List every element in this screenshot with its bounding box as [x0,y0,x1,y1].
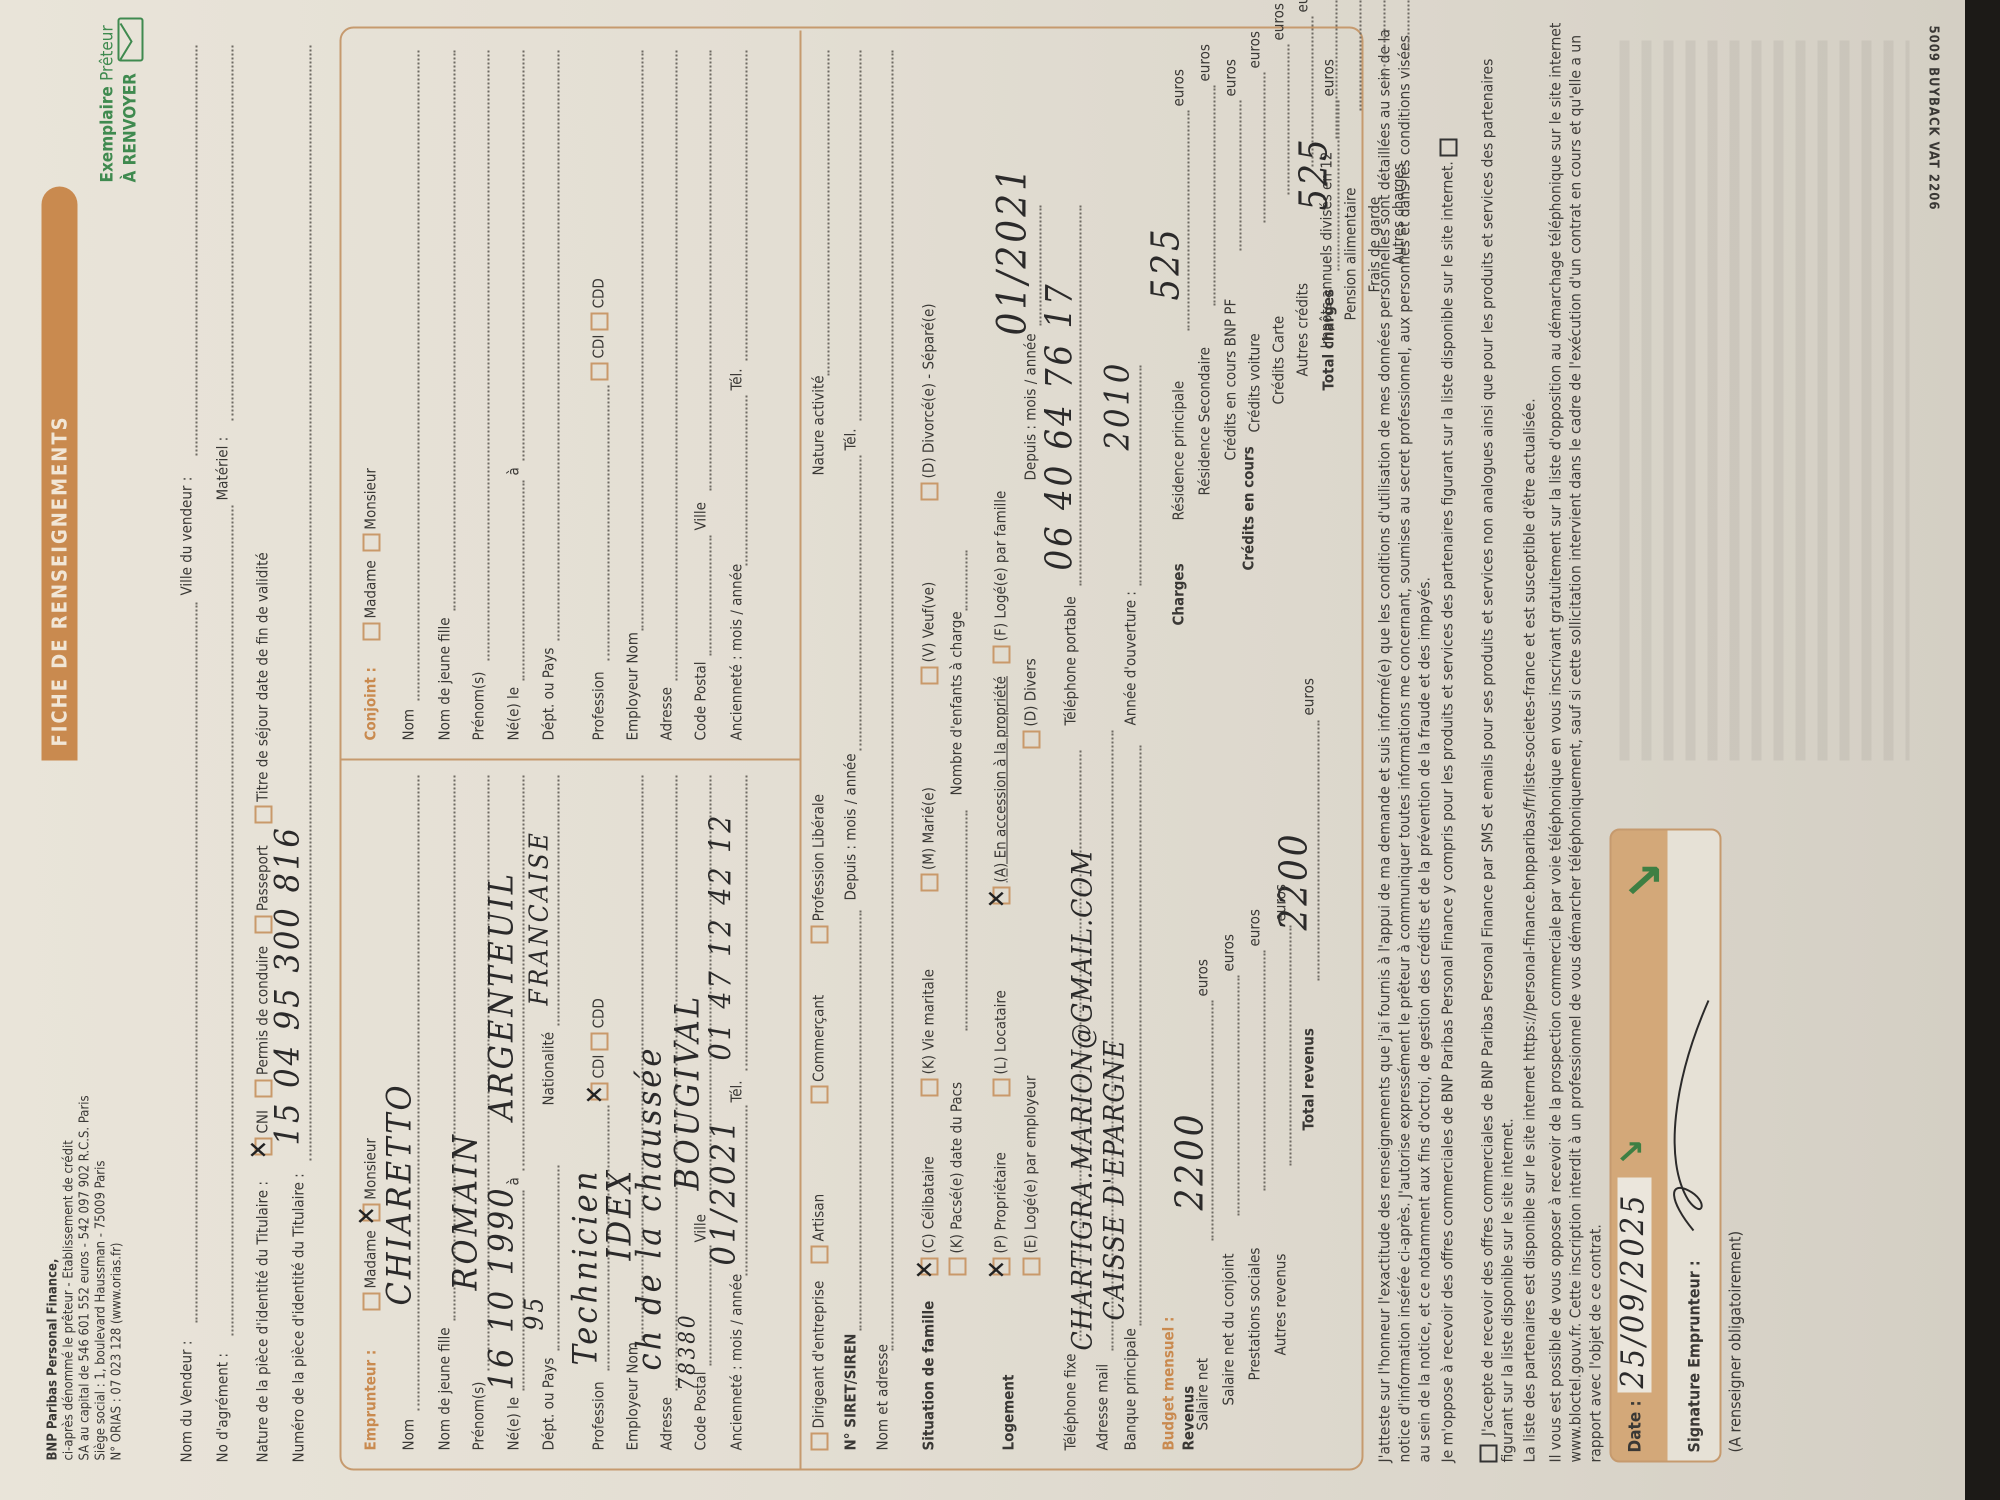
charges-label: Charges [1170,563,1188,625]
civility-label: Madame [362,1230,380,1288]
emprunteur-nom-value: CHIARETTO [380,1082,420,1305]
total-revenus-currency: euros [1300,678,1318,715]
oppose-checkbox[interactable] [1439,139,1457,157]
contract-label: CDD [590,278,608,308]
banque-label: Banque principale [1122,1328,1140,1450]
arrow-icon: ↘ [1612,1138,1653,1165]
civility-label: Monsieur [362,468,380,530]
conjoint-contract: CDI CDD [590,278,609,380]
emprunteur-adresse-value: ch de la chaussée [630,1046,670,1371]
conjoint-cp-field[interactable] [710,536,712,656]
marie-checkbox[interactable] [920,874,938,892]
celibataire-checkbox[interactable] [920,1258,938,1276]
emprunteur-dept-label: Dépt. ou Pays [540,1358,558,1451]
commercant-checkbox[interactable] [810,1086,828,1104]
budget-row-label: Autres charges [1390,163,1408,264]
cdd-checkbox[interactable] [590,1032,608,1050]
artisan-checkbox[interactable] [810,1246,828,1264]
credits-label: Crédits en cours [1240,446,1258,570]
signature-scribble [1664,991,1714,1241]
emprunteur-nom-label: Nom [400,1419,418,1451]
veuf-checkbox[interactable] [920,666,938,684]
siret-label: N° SIRET/SIREN [842,1334,860,1451]
budget-row-currency: euros [1220,934,1238,971]
email-label: Adresse mail [1094,1364,1112,1451]
logement-label: Logement [1000,1375,1018,1451]
conjoint-cdi-checkbox[interactable] [590,363,608,381]
divers-checkbox[interactable] [1022,731,1040,749]
conjoint-dept-field[interactable] [558,51,560,641]
emprunteur-tel-label: Tél. [728,1080,746,1102]
budget-row-label: Frais de garde [1366,197,1384,293]
activite-label: Dirigeant d'entreprise [810,1281,828,1429]
tel-fixe-label: Téléphone fixe [1062,1354,1080,1451]
section-divider [800,31,802,1471]
id-number-value: 15 04 95 300 816 [268,825,308,1145]
emprunteur-profession-label: Profession [590,1381,608,1450]
divorce-checkbox[interactable] [920,482,938,500]
conjoint-civility: Madame Monsieur [362,468,381,640]
conjoint-employeur-field[interactable] [642,51,644,631]
madame-checkbox[interactable] [362,1293,380,1311]
emprunteur-tel-field[interactable] [746,776,748,1071]
company-line: SA au capital de 546 601 552 euros - 542… [78,901,94,1461]
legal-oppose-text: Je m'oppose à recevoir des offres commer… [1438,23,1458,1463]
emprunteur-dept-value: 95 [520,1295,550,1331]
civility-label: Madame [362,560,380,618]
logement-depuis-label: Depuis : mois / année [1022,333,1040,480]
banque-field[interactable] [1140,746,1142,1326]
divers-row: (D) Divers [1022,658,1041,748]
emprunteur-tel-value: 01 47 12 42 12 [704,813,739,1061]
dirigeant-checkbox[interactable] [810,1433,828,1451]
budget-row-field[interactable] [1264,951,1266,1191]
logement-option-label: (D) Divers [1022,658,1040,726]
conjoint-cdd-checkbox[interactable] [590,312,608,330]
signature-field[interactable] [1664,991,1714,1241]
conjoint-anciennete-label: Ancienneté : mois / année [728,564,746,741]
activite-label: Commerçant [810,995,828,1082]
nature-activite-label: Nature activité [810,375,828,475]
legal-partners: La liste des partenaires est disponible … [1520,23,1540,1463]
nom-adresse-label: Nom et adresse [874,1344,892,1450]
id-nature-label: Nature de la pièce d'identité du Titulai… [254,1181,272,1462]
conjoint-prenoms-field[interactable] [488,51,490,661]
budget-row-currency: euros [1194,959,1212,996]
materiel-field[interactable] [232,46,234,421]
famille-option-label: (V) Veuf(ve) [920,582,938,663]
budget-row-label: Résidence principale [1170,381,1188,521]
accession-checkbox[interactable] [992,886,1010,904]
famille-label: Situation de famille [920,1301,938,1451]
budget-row-label: Prestations sociales [1246,1248,1264,1381]
footer-code: 5009 BUYBACK VAT 2206 [1925,26,1941,211]
logement-option-label: (A) En accession à la propriété [992,676,1010,882]
activite-tel-field[interactable] [860,51,862,421]
id-number-field[interactable] [310,46,312,1161]
emprunteur-ne-le-value: 16 10 1990 [482,1185,522,1390]
siret-field[interactable] [860,911,862,1331]
activite-depuis-label: Depuis : mois / année [842,753,860,900]
budget-row-currency: euros [1294,0,1312,13]
budget-row-label: Crédits Carte [1270,316,1288,405]
pacs-row: (K) Pacsé(e) date du Pacs [948,1082,967,1276]
conjoint-ville-field[interactable] [710,51,712,491]
conjoint-cp-label: Code Postal [692,661,710,740]
conjoint-employeur-label: Employeur Nom [624,632,642,740]
id-option-titre-sejour-checkbox[interactable] [254,806,272,824]
signature-label: Signature Emprunteur : [1685,1260,1704,1452]
budget-row-label: Crédits voiture [1246,333,1264,432]
materiel-label: Matériel : [214,437,232,501]
photographed-paper-form: BNP Paribas Personal Finance, ci-après d… [0,0,1965,1500]
emprunteur-nationalite-label: Nationalité [540,1032,558,1106]
budget-row-label: Salaire net [1194,1358,1212,1431]
budget-row-currency: euros [1272,884,1290,921]
loge-famille-checkbox[interactable] [992,645,1010,663]
budget-row-label: Salaire net du conjoint [1220,1253,1238,1405]
total-charges-label: Total charges [1320,289,1338,391]
tel-portable-label: Téléphone portable [1062,596,1080,725]
legal-bloctel: Il vous est possible de vous opposer à r… [1546,23,1606,1463]
company-line: ci-après dénommé le prêteur - Etablissem… [62,901,78,1461]
emprunteur-anciennete-value: 01/2021 [704,1117,744,1265]
pacse-checkbox[interactable] [948,1258,966,1276]
emprunteur-a-label: à [505,1177,523,1185]
emprunteur-label: Emprunteur : [362,1350,380,1451]
fiche-de-renseignements: BNP Paribas Personal Finance, ci-après d… [0,1,1965,1500]
budget-row-field[interactable] [1360,0,1362,111]
email-value: CHARTIGRA.MARION@GMAIL.COM [1066,849,1099,1350]
conjoint-label: Conjoint : [362,667,380,740]
conjoint-nom-jf-label: Nom de jeune fille [436,617,454,740]
id-option-label: Titre de séjour date de fin de validité [254,552,272,802]
date-value: 25/09/2025 [1614,1193,1652,1389]
conjoint-a-field[interactable] [523,51,525,461]
budget-row-field[interactable] [1290,926,1292,1166]
emprunteur-ne-le-field[interactable] [523,1191,525,1391]
budget-row-field[interactable] [1264,73,1266,223]
logement-option-label: (P) Propriétaire [992,1152,1010,1253]
company-header: BNP Paribas Personal Finance, ci-après d… [46,901,126,1461]
activite-label: Profession Libérale [810,794,828,921]
profession-liberale-checkbox[interactable] [810,925,828,943]
company-name: BNP Paribas Personal Finance, [46,901,62,1461]
budget-row-field[interactable] [1214,86,1216,306]
agrement-label: No d'agrément : [214,1353,232,1462]
budget-row-label: Autres revenus [1272,1254,1290,1356]
contract-label: CDD [590,998,608,1028]
conjoint-ne-le-field[interactable] [523,481,525,681]
conjoint-nom-jf-field[interactable] [454,51,456,611]
budget-row-label: Résidence Secondaire [1196,347,1214,495]
emprunteur-nationalite-value: FRANCAISE [525,830,555,1005]
envelope-icon [118,18,144,62]
enfants-label: Nombre d'enfants à charge [948,611,966,795]
conjoint-adresse-label: Adresse [658,687,676,740]
ouverture-field[interactable] [1140,366,1142,586]
emprunteur-a-value: ARGENTEUIL [482,871,522,1121]
famille-option-label: (K) Vie maritale [920,969,938,1074]
budget-row-field[interactable] [1408,0,1410,55]
budget-row-field[interactable] [1240,101,1242,251]
emprunteur-ne-le-label: Né(e) le [505,1397,523,1451]
conjoint-adresse-field[interactable] [676,51,678,681]
banque-value: CAISSE D'EPARGNE [1098,1039,1131,1320]
activite-label: Artisan [810,1194,828,1242]
budget-row-currency: euros [1170,69,1188,106]
budget-row-currency: euros [1270,3,1288,40]
proprietaire-checkbox[interactable] [992,1258,1010,1276]
copy-label: Exemplaire Prêteur À RENVOYER [98,18,144,183]
vendor-name-label: Nom du Vendeur : [178,1341,196,1463]
conjoint-dept-label: Dépt. ou Pays [540,648,558,741]
activite-tel-label: Tél. [842,428,860,450]
ouverture-value: 2010 [1098,361,1138,451]
emprunteur-civility: Madame Monsieur [362,1138,381,1310]
agrement-field[interactable] [232,506,234,1336]
emprunteur-prenoms-value: ROMAIN [446,1132,486,1290]
nom-adresse-field[interactable] [892,51,894,1351]
date-label: Date : [1626,1400,1646,1452]
big-arrow-icon: ↘ [1616,861,1676,900]
famille-option-label: (M) Marié(e) [920,787,938,870]
budget-row-field[interactable] [1288,45,1290,195]
bleed-through-text [1620,41,1910,761]
conjoint-ne-le-label: Né(e) le [505,687,523,741]
emprunteur-ville-value: BOUGIVAL [668,994,708,1191]
legal-accept: J'accepte de recevoir des offres commerc… [1479,59,1517,1463]
pacs-date-field[interactable] [966,811,968,1031]
conjoint-tel-label: Tél. [728,368,746,390]
budget-row-currency: euros [1246,909,1264,946]
civility-label: Monsieur [362,1138,380,1200]
budget-row-currency: euros [1246,31,1264,68]
budget-row-field[interactable] [1188,111,1190,331]
conjoint-nom-label: Nom [400,709,418,741]
conjoint-profession-label: Profession [590,671,608,740]
legal-oppose: Je m'oppose à recevoir des offres commer… [1439,161,1457,1462]
emprunteur-cp-value: 78380 [676,1313,701,1391]
budget-row-currency: euros [1222,59,1240,96]
budget-row-label: Pension alimentaire [1342,188,1360,321]
logement-options-row2: (E) Logé(e) par employeur [1022,1076,1041,1276]
logement-depuis-value: 01/2021 [990,165,1036,335]
vendor-city-label: Ville du vendeur : [178,477,196,596]
contract-label: CDI [590,335,608,359]
budget-label: Budget mensuel : [1160,1317,1178,1451]
total-charges-value: 525 [1292,136,1336,210]
conjoint-anciennete-field[interactable] [746,396,748,566]
copy-label-1: Exemplaire [98,86,118,182]
vie-maritale-checkbox[interactable] [920,1078,938,1096]
emprunteur-anciennete-label: Ancienneté : mois / année [728,1274,746,1451]
budget-row-value: 2200 [1168,1112,1212,1211]
logement-option-label: (F) Logé(e) par famille [992,491,1010,641]
vendor-name-field[interactable] [196,603,198,1323]
emprunteur-contract: CDI CDD [590,998,609,1100]
emprunteur-adresse-label: Adresse [658,1397,676,1450]
budget-row-field[interactable] [1212,1001,1214,1241]
ouverture-label: Année d'ouverture : [1122,591,1140,725]
conjoint-profession-field[interactable] [608,386,610,661]
activite-depuis-field[interactable] [860,456,862,751]
tel-portable-value: 06 40 64 76 17 [1040,281,1081,570]
emprunteur-nom-jf-label: Nom de jeune fille [436,1327,454,1450]
total-revenus-label: Total revenus [1300,1028,1318,1130]
column-divider [340,759,800,761]
monsieur-checkbox[interactable] [362,1204,380,1222]
famille-option-label: (D) Divorcé(e) - Séparé(e) [920,303,938,478]
conjoint-tel-field[interactable] [746,51,748,361]
logement-option-label: (E) Logé(e) par employeur [1022,1076,1040,1254]
loge-employeur-checkbox[interactable] [1022,1258,1040,1276]
budget-row-field[interactable] [1238,976,1240,1216]
budget-row-field[interactable] [1384,0,1386,83]
legal-accept-text: J'accepte de recevoir des offres commerc… [1478,23,1518,1463]
company-line: Siège social : 1, boulevard Haussman - 7… [94,901,110,1461]
nature-activite-field[interactable] [828,51,830,376]
vendor-city-field[interactable] [196,46,198,456]
signature-note: (A renseigner obligatoirement) [1726,1231,1745,1453]
activite-options: Dirigeant d'entreprise Artisan Commerçan… [810,794,829,1450]
famille-option-label: (C) Célibataire [920,1156,938,1253]
budget-row-currency: euros [1196,44,1214,81]
pacs-label: (K) Pacsé(e) date du Pacs [948,1082,966,1254]
total-revenus-field[interactable] [1318,721,1320,981]
famille-options: (C) Célibataire (K) Vie maritale (M) Mar… [920,303,939,1275]
enfants-field[interactable] [966,551,968,611]
conjoint-monsieur-checkbox[interactable] [362,534,380,552]
conjoint-ville-label: Ville [692,502,710,530]
locataire-checkbox[interactable] [992,1079,1010,1097]
contract-label: CDI [590,1055,608,1079]
budget-row-label: Autres crédits [1294,283,1312,377]
conjoint-a-label: à [505,467,523,475]
company-line: N° ORIAS : 07 023 128 (www.orias.fr) [110,901,126,1461]
emprunteur-prenoms-label: Prénom(s) [470,1382,488,1451]
total-charges-field[interactable] [1338,101,1340,271]
form-title: FICHE DE RENSEIGNEMENTS [42,187,78,761]
budget-row-label: Crédits en cours BNP PF [1222,299,1240,461]
cdi-checkbox[interactable] [590,1083,608,1101]
emprunteur-dept-field[interactable] [558,1166,560,1351]
emprunteur-anciennete-field[interactable] [746,1106,748,1276]
logement-options-row1: (P) Propriétaire (L) Locataire (A) En ac… [992,491,1011,1276]
id-number-label: Numéro de la pièce d'identité du Titulai… [290,1173,308,1462]
conjoint-nom-field[interactable] [418,51,420,701]
budget-row-value: 525 [1144,226,1188,300]
conjoint-prenoms-label: Prénom(s) [470,672,488,741]
logement-option-label: (L) Locataire [992,990,1010,1074]
accept-checkbox[interactable] [1479,1445,1497,1463]
conjoint-madame-checkbox[interactable] [362,623,380,641]
copy-label-2: Prêteur [98,25,118,81]
return-label: À RENVOYER [121,73,141,182]
emprunteur-nationalite-field[interactable] [558,776,560,1026]
total-charges-currency: euros [1320,59,1338,96]
